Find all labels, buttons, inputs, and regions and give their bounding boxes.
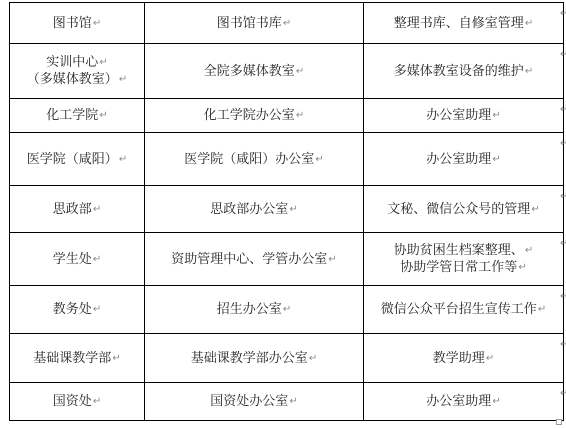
cell-text: 医学院（咸阳）	[27, 152, 118, 167]
cell-line: 教务处↵	[53, 301, 101, 318]
table-cell[interactable]: 思政部办公室↵	[145, 186, 364, 233]
table-cell[interactable]: 协助贫困生档案整理、↵协助学管日常工作等↵	[364, 233, 564, 286]
return-mark-icon: ↵	[283, 304, 291, 315]
cell-line: 国资处办公室↵	[210, 393, 297, 410]
cell-text: 教学助理	[433, 351, 485, 366]
cell-content: 办公室助理↵	[364, 393, 563, 410]
cell-content: 实训中心↵（多媒体教室）↵	[10, 54, 144, 88]
return-mark-icon: ↵	[289, 396, 297, 407]
table-row: 医学院（咸阳）↵医学院（咸阳）办公室↵办公室助理↵	[10, 133, 564, 186]
cell-text: 国资处	[53, 394, 92, 409]
cell-line: 办公室助理↵	[426, 151, 500, 168]
doc-table-body: 图书馆↵图书馆书库↵整理书库、自修室管理↵实训中心↵（多媒体教室）↵全院多媒体教…	[10, 3, 564, 421]
cell-text: 化工学院	[46, 108, 98, 123]
cell-line: 资助管理中心、学管办公室↵	[171, 251, 336, 268]
table-row: 基础课教学部↵基础课教学部办公室↵教学助理↵	[10, 334, 564, 383]
return-mark-icon: ↵	[93, 396, 101, 407]
table-cell[interactable]: 全院多媒体教室↵	[145, 44, 364, 99]
cell-line: 学生处↵	[53, 251, 101, 268]
return-mark-icon: ↵	[119, 154, 127, 165]
cell-content: 医学院（咸阳）办公室↵	[145, 151, 363, 168]
table-cell[interactable]: 资助管理中心、学管办公室↵	[145, 233, 364, 286]
table-cell[interactable]: 教务处↵	[10, 286, 145, 334]
row-end-mark-icon: ↵	[560, 9, 566, 19]
doc-table: 图书馆↵图书馆书库↵整理书库、自修室管理↵实训中心↵（多媒体教室）↵全院多媒体教…	[9, 2, 564, 421]
row-end-mark-icon: ↵	[560, 389, 566, 399]
cell-content: 微信公众平台招生宣传工作↵	[364, 301, 563, 318]
cell-text: 全院多媒体教室	[204, 64, 295, 79]
table-cell[interactable]: 医学院（咸阳）办公室↵	[145, 133, 364, 186]
cell-line: 实训中心↵	[46, 54, 107, 71]
table-cell[interactable]: 办公室助理↵	[364, 133, 564, 186]
cell-content: 协助贫困生档案整理、↵协助学管日常工作等↵	[364, 242, 563, 276]
table-cell[interactable]: 微信公众平台招生宣传工作↵	[364, 286, 564, 334]
return-mark-icon: ↵	[93, 254, 101, 265]
cell-text: 协助贫困生档案整理、	[394, 243, 524, 258]
cell-line: （多媒体教室）↵	[27, 71, 127, 88]
table-cell[interactable]: 整理书库、自修室管理↵	[364, 3, 564, 44]
cell-content: 文秘、微信公众号的管理↵	[364, 201, 563, 218]
cell-content: 办公室助理↵	[364, 107, 563, 124]
row-end-mark-icon: ↵	[560, 192, 566, 202]
cell-line: 图书馆↵	[53, 15, 101, 32]
table-cell[interactable]: 实训中心↵（多媒体教室）↵	[10, 44, 145, 99]
return-mark-icon: ↵	[538, 304, 546, 315]
return-mark-icon: ↵	[525, 18, 533, 29]
cell-text: 化工学院办公室	[204, 108, 295, 123]
cell-content: 化工学院办公室↵	[145, 107, 363, 124]
return-mark-icon: ↵	[93, 304, 101, 315]
return-mark-icon: ↵	[525, 245, 533, 256]
table-cell[interactable]: 办公室助理↵	[364, 383, 564, 421]
table-row: 思政部↵思政部办公室↵文秘、微信公众号的管理↵	[10, 186, 564, 233]
return-mark-icon: ↵	[315, 154, 323, 165]
return-mark-icon: ↵	[309, 353, 317, 364]
table-cell[interactable]: 多媒体教室设备的维护↵	[364, 44, 564, 99]
row-end-mark-icon: ↵	[560, 139, 566, 149]
cell-text: 国资处办公室	[210, 394, 288, 409]
cell-content: 资助管理中心、学管办公室↵	[145, 251, 363, 268]
table-row: 化工学院↵化工学院办公室↵办公室助理↵	[10, 99, 564, 133]
return-mark-icon: ↵	[492, 396, 500, 407]
return-mark-icon: ↵	[296, 66, 304, 77]
table-cell[interactable]: 办公室助理↵	[364, 99, 564, 133]
table-cell[interactable]: 文秘、微信公众号的管理↵	[364, 186, 564, 233]
cell-line: 图书馆书库↵	[217, 15, 291, 32]
cell-text: 思政部	[53, 202, 92, 217]
cell-line: 医学院（咸阳）办公室↵	[184, 151, 323, 168]
cell-text: 医学院（咸阳）办公室	[184, 152, 314, 167]
cell-content: 多媒体教室设备的维护↵	[364, 63, 563, 80]
cell-text: 学生处	[53, 252, 92, 267]
table-cell[interactable]: 化工学院↵	[10, 99, 145, 133]
cell-text: 招生办公室	[217, 302, 282, 317]
cell-content: 图书馆↵	[10, 15, 144, 32]
cell-content: 图书馆书库↵	[145, 15, 363, 32]
return-mark-icon: ↵	[93, 18, 101, 29]
return-mark-icon: ↵	[328, 254, 336, 265]
cell-content: 国资处办公室↵	[145, 393, 363, 410]
table-cell[interactable]: 国资处办公室↵	[145, 383, 364, 421]
row-end-mark-icon: ↵	[560, 292, 566, 302]
table-resize-handle-icon[interactable]	[556, 419, 562, 425]
cell-line: 办公室助理↵	[426, 393, 500, 410]
cell-text: 文秘、微信公众号的管理	[387, 202, 530, 217]
cell-content: 全院多媒体教室↵	[145, 63, 363, 80]
cell-text: 图书馆书库	[217, 16, 282, 31]
cell-content: 医学院（咸阳）↵	[10, 151, 144, 168]
return-mark-icon: ↵	[492, 154, 500, 165]
return-mark-icon: ↵	[518, 262, 526, 273]
cell-line: 多媒体教室设备的维护↵	[394, 63, 533, 80]
cell-line: 思政部↵	[53, 201, 101, 218]
table-cell[interactable]: 教学助理↵	[364, 334, 564, 383]
cell-text: 多媒体教室设备的维护	[394, 64, 524, 79]
cell-content: 基础课教学部↵	[10, 350, 144, 367]
cell-line: 化工学院↵	[46, 107, 107, 124]
table-cell[interactable]: 基础课教学部↵	[10, 334, 145, 383]
cell-text: 思政部办公室	[210, 202, 288, 217]
table-cell[interactable]: 思政部↵	[10, 186, 145, 233]
cell-text: 微信公众平台招生宣传工作	[381, 302, 537, 317]
cell-line: 思政部办公室↵	[210, 201, 297, 218]
cell-content: 思政部↵	[10, 201, 144, 218]
row-end-mark-icon: ↵	[560, 105, 566, 115]
cell-line: 基础课教学部办公室↵	[191, 350, 317, 367]
return-mark-icon: ↵	[289, 204, 297, 215]
return-mark-icon: ↵	[492, 110, 500, 121]
return-mark-icon: ↵	[531, 204, 539, 215]
table-row: 学生处↵资助管理中心、学管办公室↵协助贫困生档案整理、↵协助学管日常工作等↵	[10, 233, 564, 286]
table-row: 图书馆↵图书馆书库↵整理书库、自修室管理↵	[10, 3, 564, 44]
cell-text: 基础课教学部	[33, 351, 111, 366]
table-row: 国资处↵国资处办公室↵办公室助理↵	[10, 383, 564, 421]
table-cell[interactable]: 学生处↵	[10, 233, 145, 286]
cell-content: 学生处↵	[10, 251, 144, 268]
cell-text: 实训中心	[46, 55, 98, 70]
table-cell[interactable]: 医学院（咸阳）↵	[10, 133, 145, 186]
return-mark-icon: ↵	[525, 66, 533, 77]
table-cell[interactable]: 图书馆书库↵	[145, 3, 364, 44]
cell-text: （多媒体教室）	[27, 72, 118, 87]
cell-text: 教务处	[53, 302, 92, 317]
cell-line: 全院多媒体教室↵	[204, 63, 304, 80]
cell-line: 化工学院办公室↵	[204, 107, 304, 124]
cell-content: 办公室助理↵	[364, 151, 563, 168]
table-row: 教务处↵招生办公室↵微信公众平台招生宣传工作↵	[10, 286, 564, 334]
cell-content: 教学助理↵	[364, 350, 563, 367]
cell-text: 整理书库、自修室管理	[394, 16, 524, 31]
cell-content: 整理书库、自修室管理↵	[364, 15, 563, 32]
cell-text: 图书馆	[53, 16, 92, 31]
cell-line: 协助贫困生档案整理、↵	[394, 242, 533, 259]
cell-line: 办公室助理↵	[426, 107, 500, 124]
table-cell[interactable]: 国资处↵	[10, 383, 145, 421]
cell-line: 医学院（咸阳）↵	[27, 151, 127, 168]
cell-content: 教务处↵	[10, 301, 144, 318]
cell-content: 化工学院↵	[10, 107, 144, 124]
cell-line: 国资处↵	[53, 393, 101, 410]
cell-text: 办公室助理	[426, 394, 491, 409]
document-page: 图书馆↵图书馆书库↵整理书库、自修室管理↵实训中心↵（多媒体教室）↵全院多媒体教…	[0, 0, 566, 428]
cell-text: 资助管理中心、学管办公室	[171, 252, 327, 267]
row-end-mark-icon: ↵	[560, 50, 566, 60]
cell-line: 整理书库、自修室管理↵	[394, 15, 533, 32]
cell-content: 招生办公室↵	[145, 301, 363, 318]
table-cell[interactable]: 图书馆↵	[10, 3, 145, 44]
cell-text: 办公室助理	[426, 108, 491, 123]
return-mark-icon: ↵	[283, 18, 291, 29]
row-end-mark-icon: ↵	[560, 239, 566, 249]
cell-text: 基础课教学部办公室	[191, 351, 308, 366]
table-cell[interactable]: 基础课教学部办公室↵	[145, 334, 364, 383]
cell-line: 文秘、微信公众号的管理↵	[387, 201, 539, 218]
cell-line: 微信公众平台招生宣传工作↵	[381, 301, 546, 318]
return-mark-icon: ↵	[93, 204, 101, 215]
cell-line: 基础课教学部↵	[33, 350, 120, 367]
cell-line: 教学助理↵	[433, 350, 494, 367]
cell-content: 基础课教学部办公室↵	[145, 350, 363, 367]
cell-line: 招生办公室↵	[217, 301, 291, 318]
cell-text: 协助学管日常工作等	[400, 260, 517, 275]
return-mark-icon: ↵	[119, 74, 127, 85]
table-cell[interactable]: 招生办公室↵	[145, 286, 364, 334]
table-row: 实训中心↵（多媒体教室）↵全院多媒体教室↵多媒体教室设备的维护↵	[10, 44, 564, 99]
return-mark-icon: ↵	[296, 110, 304, 121]
return-mark-icon: ↵	[99, 57, 107, 68]
cell-line: 协助学管日常工作等↵	[400, 259, 526, 276]
cell-content: 思政部办公室↵	[145, 201, 363, 218]
row-end-mark-icon: ↵	[560, 340, 566, 350]
cell-text: 办公室助理	[426, 152, 491, 167]
return-mark-icon: ↵	[486, 353, 494, 364]
cell-content: 国资处↵	[10, 393, 144, 410]
table-cell[interactable]: 化工学院办公室↵	[145, 99, 364, 133]
return-mark-icon: ↵	[99, 110, 107, 121]
return-mark-icon: ↵	[112, 353, 120, 364]
